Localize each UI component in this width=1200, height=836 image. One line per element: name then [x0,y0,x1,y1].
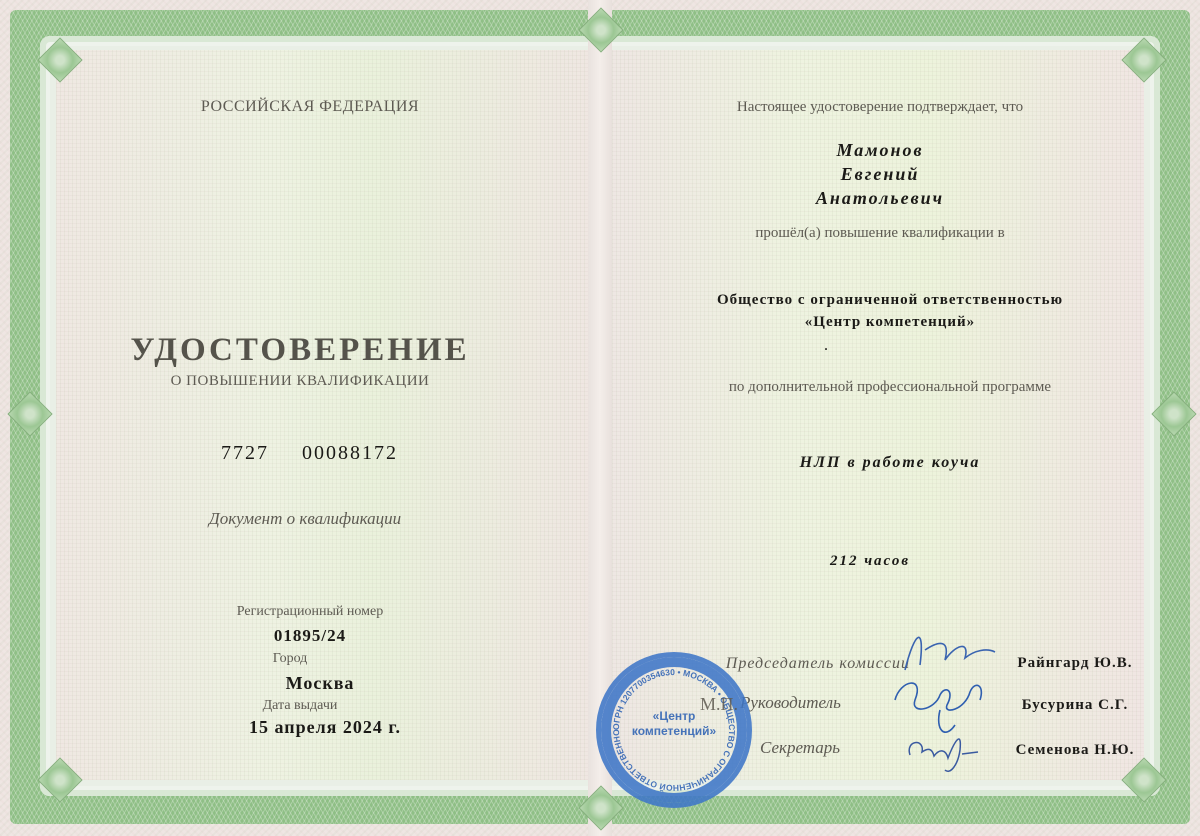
left-page [56,50,588,780]
holder-first-name: Евгений [780,164,980,185]
holder-patronymic: Анатольевич [780,188,980,209]
issue-date-value: 15 апреля 2024 г. [220,717,430,738]
secretary-signature-icon [900,720,990,780]
registration-label: Регистрационный номер [180,604,440,620]
organization-name-line1: Общество с ограниченной ответственностью [640,292,1140,309]
certificate-intro: Настоящее удостоверение подтверждает, чт… [660,99,1100,116]
seal-placeholder: М.П. [700,694,738,715]
organization-dot: . [816,336,836,354]
document-title: УДОСТОВЕРЕНИЕ [110,332,490,369]
organization-name-line2: «Центр компетенций» [640,314,1140,331]
document-series: 7727 [210,442,280,465]
signature-role-secretary: Секретарь [760,738,900,758]
issue-date-label: Дата выдачи [240,698,360,714]
stamp-center-line2: компетенций» [601,724,747,739]
signature-role-director: Руководитель [740,693,880,713]
document-subtitle: О ПОВЫШЕНИИ КВАЛИФИКАЦИИ [120,373,480,390]
holder-surname: Мамонов [780,140,980,161]
organization-stamp: ОГРН 1207700354630 • МОСКВА • ОБЩЕСТВО С… [596,652,752,808]
signature-name-secretary: Семенова Н.Ю. [1000,742,1150,759]
city-value: Москва [240,673,400,694]
document-type: Документ о квалификации [140,509,470,529]
program-hours: 212 часов [800,553,940,570]
program-name: НЛП в работе коуча [760,454,1020,472]
signature-name-director: Бусурина С.Г. [1000,697,1150,714]
city-label: Город [240,651,340,667]
completed-text: прошёл(а) повышение квалификации в [680,225,1080,242]
country-label: РОССИЙСКАЯ ФЕДЕРАЦИЯ [130,98,490,116]
document-number: 00088172 [285,442,415,465]
certificate-sheet: РОССИЙСКАЯ ФЕДЕРАЦИЯ УДОСТОВЕРЕНИЕ О ПОВ… [0,0,1200,836]
signature-name-chairman: Райнгард Ю.В. [1000,655,1150,672]
program-label: по дополнительной профессиональной прогр… [660,379,1120,396]
registration-number: 01895/24 [220,626,400,646]
